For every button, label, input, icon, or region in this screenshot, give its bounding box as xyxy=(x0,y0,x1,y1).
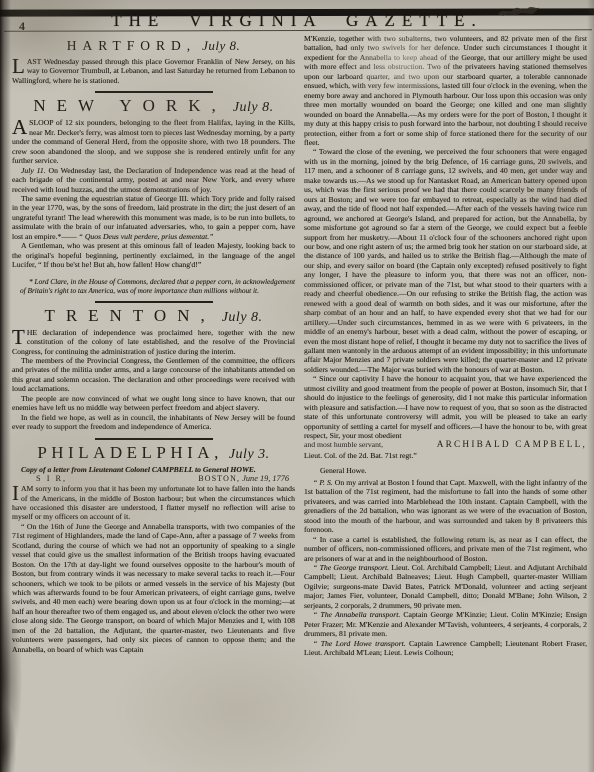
letter-place: BOSTON, xyxy=(198,474,240,483)
salutation: S I R, xyxy=(36,474,67,484)
newyork-paragraph-3: The same evening the equestrian statue o… xyxy=(12,194,295,241)
letter-subtitle: Copy of a letter from Lieutenant Colonel… xyxy=(12,465,295,474)
salutation-row: S I R, BOSTON, June 19, 1776 xyxy=(12,474,295,484)
philadelphia-paragraph-2: “ On the 16th of June the George and Ann… xyxy=(12,522,295,654)
ps-lead: “ P. S. xyxy=(313,478,333,487)
letter-paragraph-1: M'Kenzie, together with two subalterns, … xyxy=(304,34,587,147)
addressee: General Howe. xyxy=(320,466,587,475)
left-column: HARTFORD, July 8. LAST Wednesday passed … xyxy=(12,34,295,772)
latin-quote: “ Quos Deus vult perdere, prius dementat… xyxy=(79,232,214,241)
ship-name: “ The Annabella transport. xyxy=(313,610,400,619)
hartford-dateline: HARTFORD, July 8. xyxy=(12,37,295,55)
footnote: * Lord Clare, in the House of Commons, d… xyxy=(20,277,295,295)
hartford-date: July 8. xyxy=(202,38,240,53)
letter-paragraph-2: “ Toward the close of the evening, we pe… xyxy=(304,147,587,374)
newyork-paragraph-2: July 11. On Wednesday last, the Declarat… xyxy=(12,166,295,194)
return-annabella: “ The Annabella transport. Captain Georg… xyxy=(304,610,587,638)
hartford-paragraph: LAST Wednesday passed through this place… xyxy=(12,57,295,85)
article-trenton: TRENTON, July 8. THE declaration of inde… xyxy=(12,306,295,432)
trenton-city: TRENTON, xyxy=(44,306,215,325)
drop-cap: A xyxy=(12,119,27,135)
drop-cap: T xyxy=(12,329,25,345)
newyork-city: NEW YORK, xyxy=(33,96,226,115)
philadelphia-city: PHILADELPHIA, xyxy=(37,443,223,462)
date-lead: July 11. xyxy=(21,166,46,175)
newyork-date: July 8. xyxy=(233,100,274,115)
drop-cap: I xyxy=(12,485,19,501)
article-columns: HARTFORD, July 8. LAST Wednesday passed … xyxy=(12,34,587,772)
signature-title: Lieut. Col. of the 2d. Bat. 71st regt.” xyxy=(304,451,587,460)
newyork-paragraph-1: ASLOOP of 12 six pounders, belonging to … xyxy=(12,118,295,165)
letter-date: June 19, 1776 xyxy=(242,474,289,483)
article-newyork: NEW YORK, July 8. ASLOOP of 12 six pound… xyxy=(12,96,295,294)
philadelphia-dateline: PHILADELPHIA, July 3. xyxy=(12,443,295,463)
philadelphia-paragraph-1: IAM sorry to inform you that it has been… xyxy=(12,484,295,522)
trenton-paragraph-2: The members of the Provincial Congress, … xyxy=(12,356,295,394)
ship-name: “ The Lord Howe transport. xyxy=(313,639,406,648)
return-third-transport: “ The Lord Howe transport. Captain Lawre… xyxy=(304,639,587,658)
hartford-city: HARTFORD, xyxy=(67,38,196,53)
article-hartford: HARTFORD, July 8. LAST Wednesday passed … xyxy=(12,37,295,85)
ship-name: “ The George transport. xyxy=(313,563,389,572)
newyork-paragraph-4: A Gentleman, who was present at this omi… xyxy=(12,241,295,269)
servant-line: and most humble servant, xyxy=(304,440,383,450)
section-rule xyxy=(95,438,213,440)
newyork-dateline: NEW YORK, July 8. xyxy=(12,96,295,116)
drop-cap: L xyxy=(12,58,25,74)
letter-postscript: “ P. S. On my arrival at Boston I found … xyxy=(304,478,587,535)
signature-name: ARCHIBALD CAMPBELL, xyxy=(437,441,587,451)
letter-paragraph-3: “ Since our captivity I have the honour … xyxy=(304,374,587,440)
return-george: “ The George transport. Lieut. Col. Arch… xyxy=(304,563,587,610)
section-rule xyxy=(95,91,213,93)
signature-row: and most humble servant, ARCHIBALD CAMPB… xyxy=(304,440,587,451)
letter-dateline: BOSTON, June 19, 1776 xyxy=(198,474,289,484)
philadelphia-date: July 3. xyxy=(229,447,270,462)
trenton-date: July 8. xyxy=(222,310,263,325)
trenton-paragraph-1: THE declaration of independence was proc… xyxy=(12,328,295,356)
trenton-paragraph-3: The people are now convinced of what we … xyxy=(12,394,295,413)
right-column: M'Kenzie, together with two subalterns, … xyxy=(304,34,587,772)
trenton-paragraph-4: In the field we hope, as well as in coun… xyxy=(12,413,295,432)
newspaper-page: 4 THE VIRGINIA GAZETTE. HARTFORD, July 8… xyxy=(0,0,594,772)
article-philadelphia: PHILADELPHIA, July 3. Copy of a letter f… xyxy=(12,443,295,655)
letter-cartel-paragraph: “ In case a cartel is established, the f… xyxy=(304,535,587,563)
section-rule xyxy=(95,301,213,303)
printers-flourish-icon xyxy=(496,3,542,24)
trenton-dateline: TRENTON, July 8. xyxy=(12,306,295,326)
